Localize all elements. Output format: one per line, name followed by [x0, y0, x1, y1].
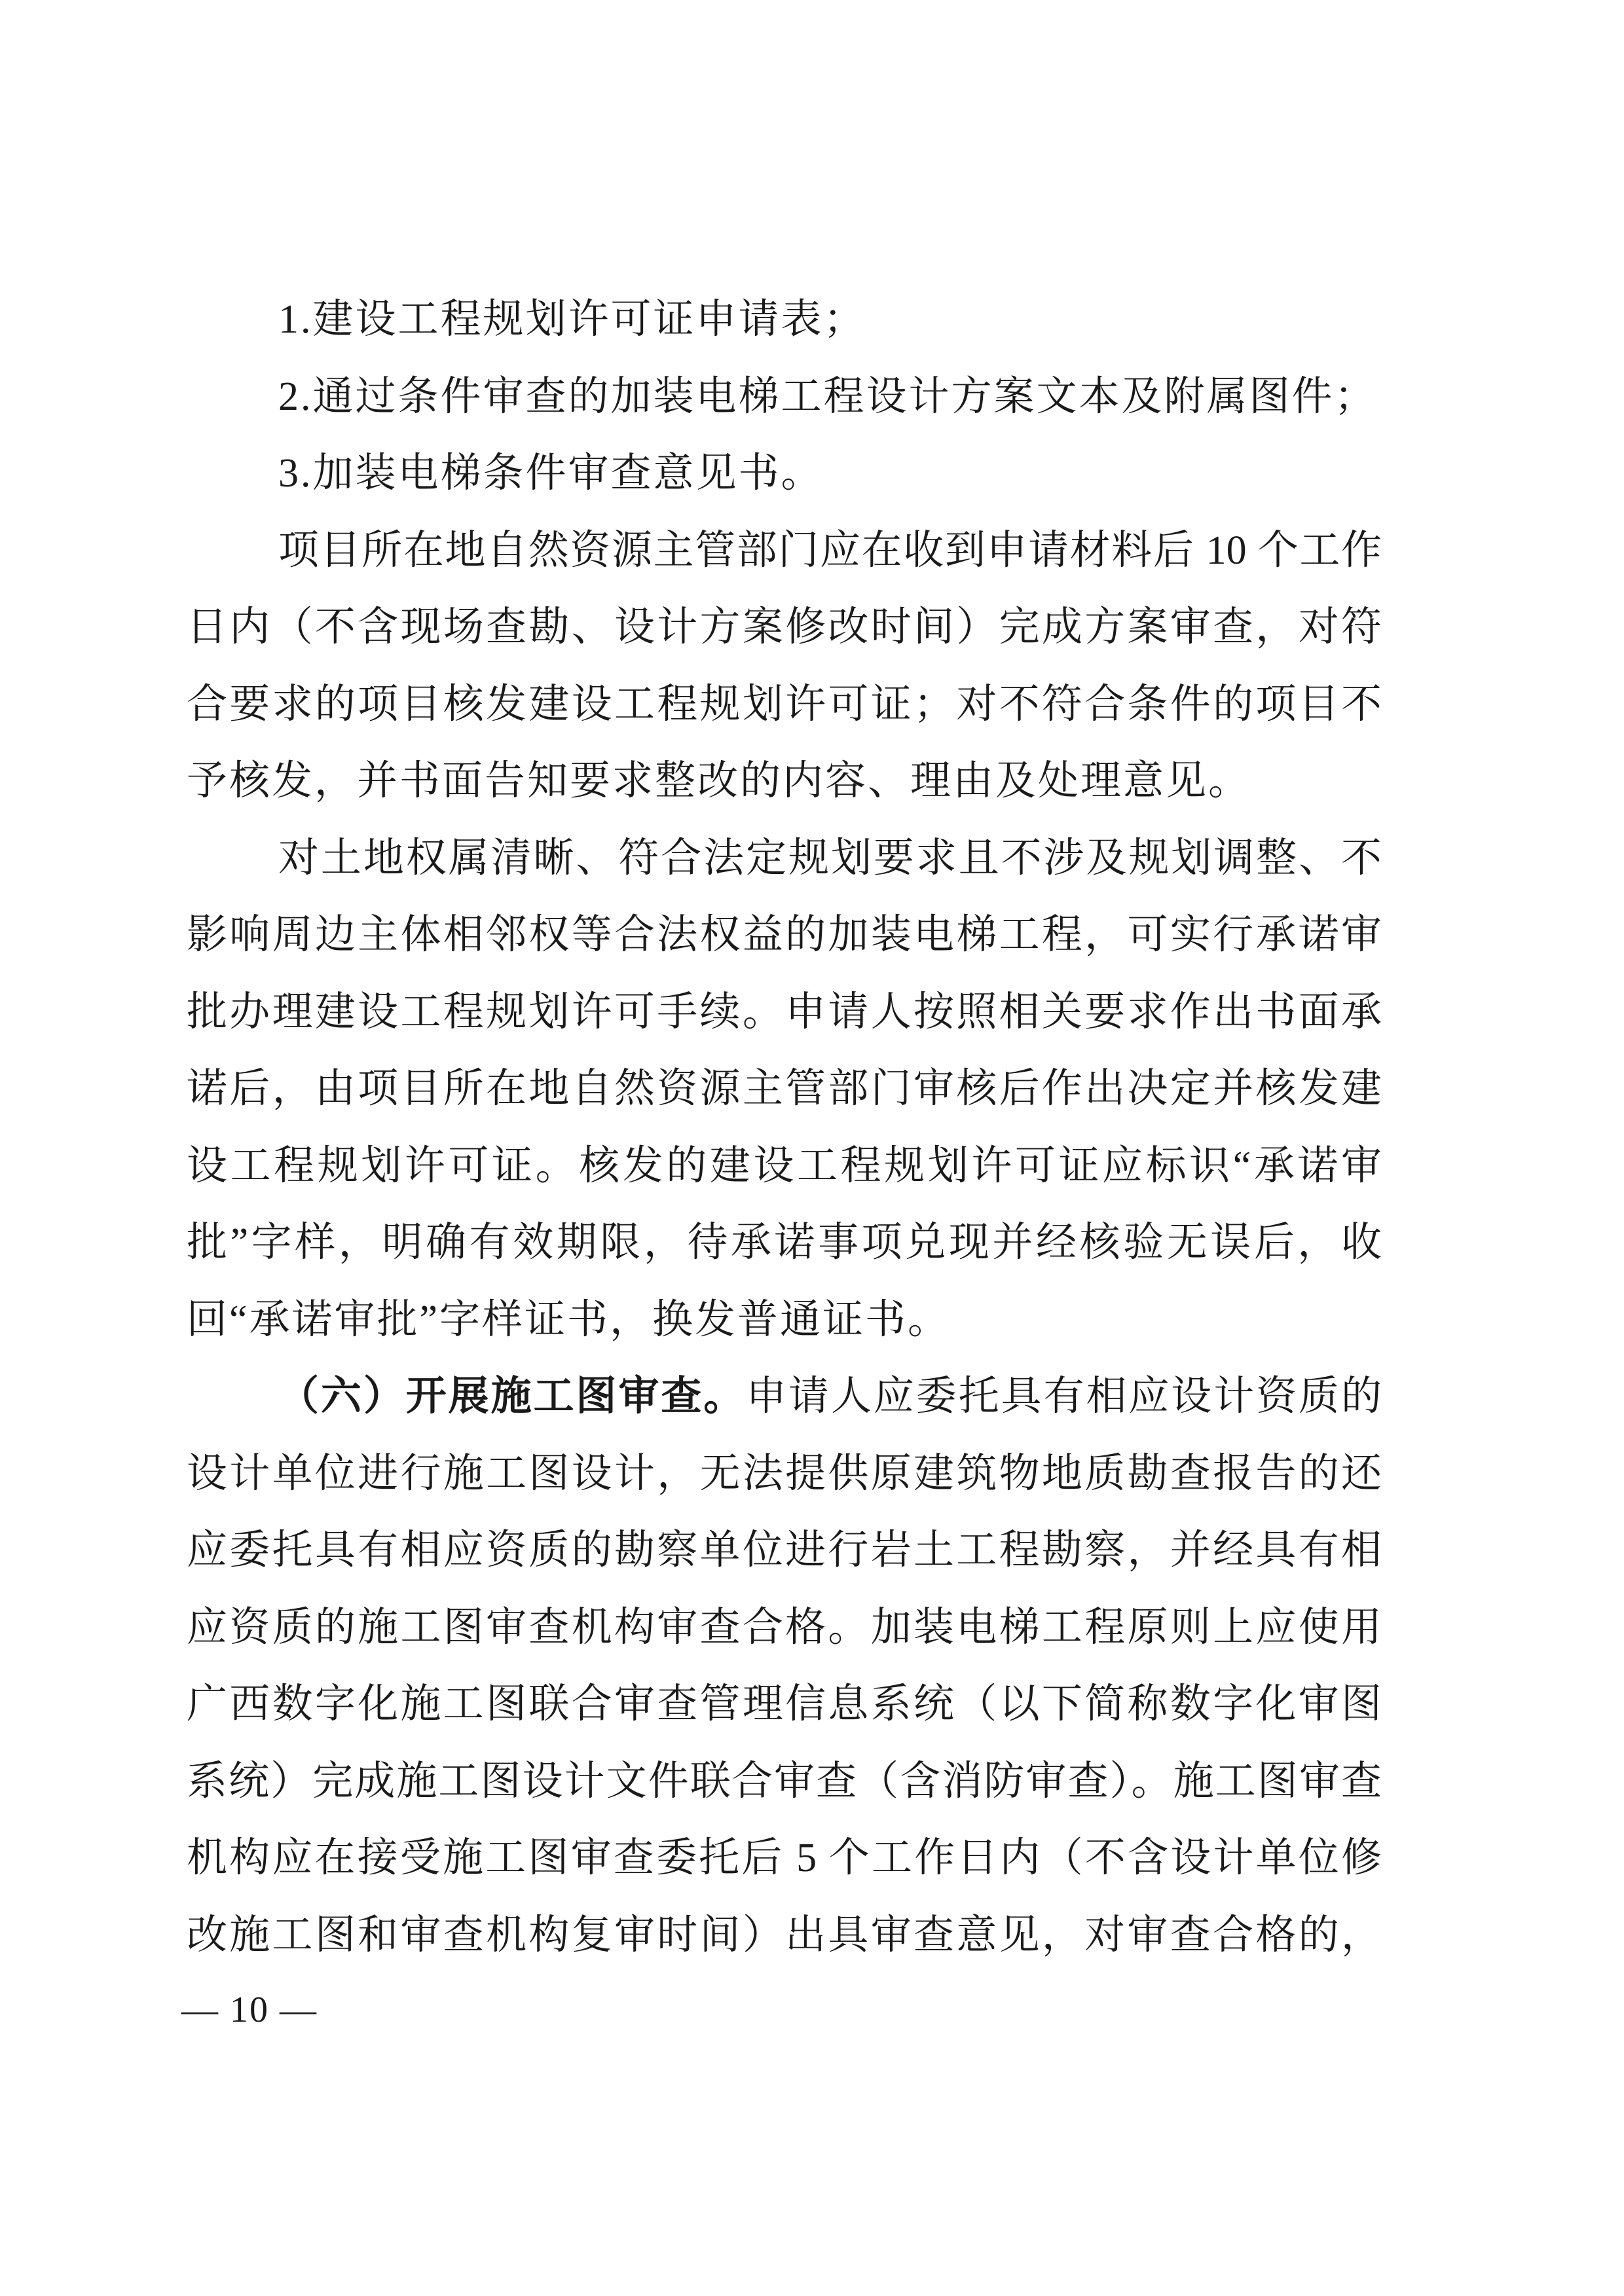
text-line: （六）开展施工图审查。申请人应委托具有相应设计资质的	[187, 1358, 1382, 1436]
text-run: 日内（不含现场查勘、设计方案修改时间）完成方案审查，对符	[187, 605, 1382, 649]
text-line: 1.建设工程规划许可证申请表；	[187, 282, 1382, 359]
text-line: 应资质的施工图审查机构审查合格。加装电梯工程原则上应使用	[187, 1590, 1382, 1667]
text-line: 批”字样，明确有效期限，待承诺事项兑现并经核验无误后，收	[187, 1205, 1382, 1282]
text-run: 申请人应委托具有相应设计资质的	[746, 1374, 1382, 1419]
text-run: 改施工图和审查机构复审时间）出具审查意见，对审查合格的，	[187, 1913, 1382, 1958]
text-line: 诺后，由项目所在地自然资源主管部门审核后作出决定并核发建	[187, 1051, 1382, 1128]
text-run: 诺后，由项目所在地自然资源主管部门审核后作出决定并核发建	[187, 1066, 1382, 1111]
text-line: 予核发，并书面告知要求整改的内容、理由及处理意见。	[187, 743, 1382, 820]
text-run: 机构应在接受施工图审查委托后 5 个工作日内（不含设计单位修	[187, 1836, 1382, 1880]
text-line: 设计单位进行施工图设计，无法提供原建筑物地质勘查报告的还	[187, 1436, 1382, 1513]
document-page: 1.建设工程规划许可证申请表；2.通过条件审查的加装电梯工程设计方案文本及附属图…	[0, 0, 1624, 2296]
text-line: 系统）完成施工图设计文件联合审查（含消防审查）。施工图审查	[187, 1743, 1382, 1821]
text-run: 1.建设工程规划许可证申请表；	[278, 297, 866, 342]
text-line: 回“承诺审批”字样证书，换发普通证书。	[187, 1282, 1382, 1359]
text-run: 予核发，并书面告知要求整改的内容、理由及处理意见。	[187, 759, 1251, 803]
text-run: 设工程规划许可证。核发的建设工程规划许可证应标识“承诺审	[187, 1144, 1382, 1188]
text-run: 批”字样，明确有效期限，待承诺事项兑现并经核验无误后，收	[187, 1220, 1382, 1265]
text-line: 2.通过条件审查的加装电梯工程设计方案文本及附属图件；	[187, 359, 1382, 436]
text-line: 应委托具有相应资质的勘察单位进行岩土工程勘察，并经具有相	[187, 1512, 1382, 1590]
text-run: 应资质的施工图审查机构审查合格。加装电梯工程原则上应使用	[187, 1605, 1382, 1650]
text-run: 项目所在地自然资源主管部门应在收到申请材料后 10 个工作	[278, 528, 1382, 573]
text-line: 项目所在地自然资源主管部门应在收到申请材料后 10 个工作	[187, 513, 1382, 590]
text-run: 对土地权属清晰、符合法定规划要求且不涉及规划调整、不	[278, 836, 1382, 881]
text-run: 系统）完成施工图设计文件联合审查（含消防审查）。施工图审查	[187, 1759, 1382, 1804]
document-body: 1.建设工程规划许可证申请表；2.通过条件审查的加装电梯工程设计方案文本及附属图…	[187, 282, 1382, 1974]
text-line: 批办理建设工程规划许可手续。申请人按照相关要求作出书面承	[187, 974, 1382, 1051]
text-line: 影响周边主体相邻权等合法权益的加装电梯工程，可实行承诺审	[187, 897, 1382, 974]
text-run: 回“承诺审批”字样证书，换发普通证书。	[187, 1298, 950, 1342]
text-line: 改施工图和审查机构复审时间）出具审查意见，对审查合格的，	[187, 1897, 1382, 1975]
text-line: 广西数字化施工图联合审查管理信息系统（以下简称数字化审图	[187, 1666, 1382, 1743]
page-number: — 10 —	[181, 1990, 318, 2031]
text-line: 对土地权属清晰、符合法定规划要求且不涉及规划调整、不	[187, 820, 1382, 898]
text-run: 影响周边主体相邻权等合法权益的加装电梯工程，可实行承诺审	[187, 913, 1382, 957]
text-run: 应委托具有相应资质的勘察单位进行岩土工程勘察，并经具有相	[187, 1528, 1382, 1573]
text-run: 3.加装电梯条件审查意见书。	[278, 451, 824, 496]
text-line: 机构应在接受施工图审查委托后 5 个工作日内（不含设计单位修	[187, 1820, 1382, 1897]
text-run: 合要求的项目核发建设工程规划许可证；对不符合条件的项目不	[187, 682, 1382, 727]
text-line: 3.加装电梯条件审查意见书。	[187, 435, 1382, 513]
text-run: 广西数字化施工图联合审查管理信息系统（以下简称数字化审图	[187, 1682, 1382, 1726]
text-line: 设工程规划许可证。核发的建设工程规划许可证应标识“承诺审	[187, 1128, 1382, 1205]
text-run: 设计单位进行施工图设计，无法提供原建筑物地质勘查报告的还	[187, 1451, 1382, 1496]
text-run: 批办理建设工程规划许可手续。申请人按照相关要求作出书面承	[187, 990, 1382, 1034]
text-run: 2.通过条件审查的加装电梯工程设计方案文本及附属图件；	[278, 374, 1377, 419]
text-line: 合要求的项目核发建设工程规划许可证；对不符合条件的项目不	[187, 666, 1382, 744]
bold-text-run: （六）开展施工图审查。	[278, 1374, 746, 1419]
text-line: 日内（不含现场查勘、设计方案修改时间）完成方案审查，对符	[187, 589, 1382, 666]
